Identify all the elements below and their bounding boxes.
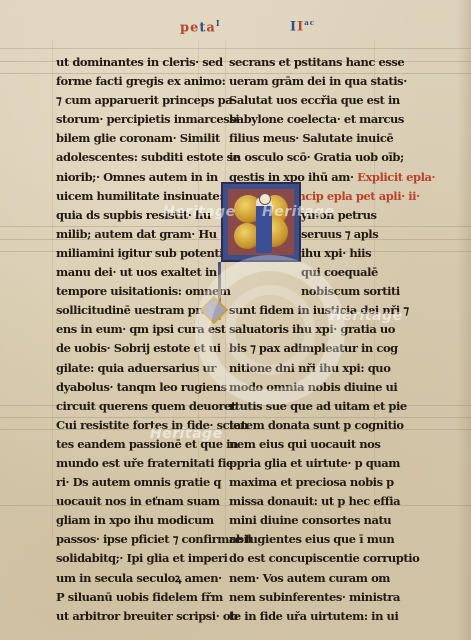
text-line: nem subinferentes· ministra (229, 588, 371, 607)
text-line: uicem humilitate insinuate: (56, 187, 194, 206)
margin-rule (52, 40, 53, 540)
watermark-text: Heritage (150, 426, 223, 442)
running-head-sup: I (216, 18, 221, 28)
text-line: Salutat uos eccřia que est in (229, 91, 371, 110)
text-line: do est concupiscentie corruptio (229, 549, 371, 568)
text-line: milib; autem dat gram· Hu (56, 225, 194, 244)
text-line: ppria glia et uirtute· p quam (229, 454, 371, 473)
text-line: ⁊ cum apparuerit princeps pa (56, 91, 194, 110)
text-line: nem eius qui uocauit nos (229, 435, 371, 454)
text-line: gliam in xpo ihu modicum (56, 511, 194, 530)
text-line: maxima et preciosa nobis p (229, 473, 371, 492)
text-line: secrans et pstitans hanc esse (229, 53, 371, 72)
illuminated-initial-s (221, 182, 301, 262)
text-line: nem· Vos autem curam om (229, 569, 371, 588)
text-line: solidabitq;· Ipi glia et imperi (56, 549, 194, 568)
text-line: adolescentes: subditi estote se (56, 148, 194, 167)
manuscript-page: petaI IIac ut dominantes in cleris· sed … (0, 0, 471, 640)
running-head-red: a (206, 20, 215, 35)
text-line: tatem donata sunt p cognitio (229, 416, 371, 435)
text-line: niorib;· Omnes autem in in (56, 168, 194, 187)
text-line: ueram grām dei in qua statis· (229, 72, 371, 91)
initial-ground (228, 189, 294, 255)
running-head-left: petaI (180, 18, 221, 35)
watermark-text: Heritage (330, 308, 403, 324)
text-line: te in fide uřa uirtutem: in ui (229, 607, 371, 626)
watermark-text: Heritage (163, 204, 236, 220)
ruling-line (0, 48, 471, 49)
text-line: passos· ipse pficiet ⁊ confirmabit (56, 530, 194, 549)
text-line: missa donauit: ut p hec effia (229, 492, 371, 511)
text-line: in osculo scō· Gratia uob oīb; (229, 148, 371, 167)
text-line: circuit querens quem deuoret (56, 397, 194, 416)
text-line: dyabolus· tanqm leo rugiens (56, 378, 194, 397)
rubric-explicit: Explicit epla· (357, 170, 435, 184)
text-line: forme facti gregis ex animo: (56, 72, 194, 91)
text-line: bilem glie coronam· Similit (56, 129, 194, 148)
text-line: ut arbitror breuiter scripsi· ob (56, 607, 194, 626)
text-line: uocauit nos in eťnam suam (56, 492, 194, 511)
text-line: filius meus· Salutate inuicē (229, 129, 371, 148)
text-line: de uobis· Sobrij estote et ui (56, 339, 194, 358)
text-line: miliamini igitur sub potenti (56, 244, 194, 263)
text-line: manu dei· ut uos exaltet in (56, 263, 194, 282)
watermark-text: Heritage (262, 204, 335, 220)
text-line: ut dominantes in cleris· sed (56, 53, 194, 72)
text-column-left: ut dominantes in cleris· sed forme facti… (56, 53, 194, 626)
text-line: mini diuine consortes natu (229, 511, 371, 530)
text-line: gilate: quia aduersarius ur (56, 359, 194, 378)
text-line: re fugientes eius que ī mun (229, 530, 371, 549)
running-head-red: pe (180, 20, 199, 35)
running-head-sup: ac (304, 18, 315, 27)
text-line: um in secula seculoꝝ amen· (56, 569, 194, 588)
text-line: babylone coelecta· et marcus (229, 110, 371, 129)
running-head-right: IIac (290, 18, 315, 34)
page-edge-shadow (457, 0, 471, 640)
text-line: storum· percipietis inmarcessi (56, 110, 194, 129)
text-line: ri· Ds autem omnis gratie q (56, 473, 194, 492)
text-line: P siluanū uobis fidelem fřm (56, 588, 194, 607)
text-line: mundo est uře fraternitati fie (56, 454, 194, 473)
text-line: sollicitudinē uestram proici (56, 301, 194, 320)
watermark-logo-ring-inner (225, 285, 315, 375)
text-line: ens in eum· qm ipsi cura est (56, 320, 194, 339)
text-line: tempore uisitationis: omnem (56, 282, 194, 301)
